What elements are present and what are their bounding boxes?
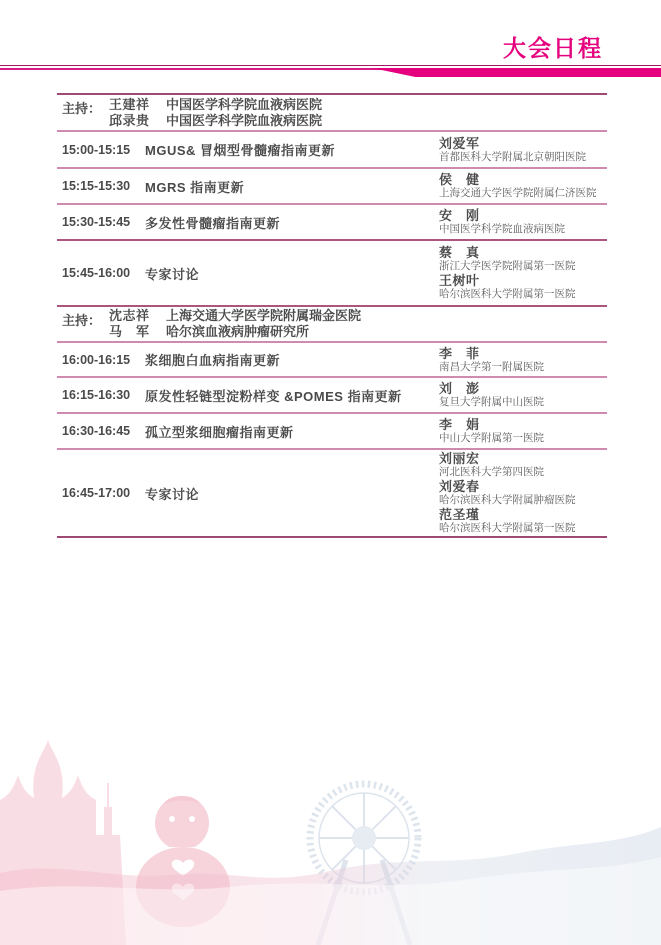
speaker-affiliation: 南昌大学第一附属医院 <box>439 361 607 374</box>
session-row: 15:30-15:45 多发性骨髓瘤指南更新 安 刚 中国医学科学院血液病医院 <box>57 205 607 241</box>
speaker: 刘 澎 复旦大学附属中山医院 <box>439 381 607 409</box>
speaker: 李 娟 中山大学附属第一医院 <box>439 417 607 445</box>
chair-affiliation: 哈尔滨血液病肿瘤研究所 <box>166 324 309 340</box>
snowman-icon <box>136 796 230 927</box>
chair-name: 马 军 <box>109 324 166 340</box>
speaker: 王树叶 哈尔滨医科大学附属第一医院 <box>439 273 607 301</box>
speaker-list: 刘丽宏 河北医科大学第四医院 刘爱春 哈尔滨医科大学附属肿瘤医院 范圣瑾 哈尔滨… <box>439 448 607 538</box>
speaker-affiliation: 上海交通大学医学院附属仁济医院 <box>439 187 607 200</box>
speaker-name: 侯 健 <box>439 172 607 187</box>
speaker-name: 范圣瑾 <box>439 507 607 522</box>
session-row: 15:45-16:00 专家讨论 蔡 真 浙江大学医学院附属第一医院 王树叶 哈… <box>57 241 607 307</box>
speaker-affiliation: 哈尔滨医科大学附属第一医院 <box>439 288 607 301</box>
speaker-affiliation: 中山大学附属第一医院 <box>439 432 607 445</box>
snow-slope-icon <box>0 827 661 945</box>
header-accent-bar <box>372 68 661 77</box>
chair-name: 邱录贵 <box>109 113 166 129</box>
agenda-page: 大会日程 主持： 王建祥 中国医学科学院血液病医院 邱录贵 中国医学科学院血液病… <box>0 0 661 945</box>
chair-entry: 马 军 哈尔滨血液病肿瘤研究所 <box>109 324 361 340</box>
speaker-name: 刘 澎 <box>439 381 607 396</box>
session-title: 专家讨论 <box>145 484 439 503</box>
session-time: 16:00-16:15 <box>57 353 145 367</box>
session-row: 15:15-15:30 MGRS 指南更新 侯 健 上海交通大学医学院附属仁济医… <box>57 169 607 205</box>
chair-name: 王建祥 <box>109 97 166 113</box>
speaker: 李 菲 南昌大学第一附属医院 <box>439 346 607 374</box>
chair-entry: 王建祥 中国医学科学院血液病医院 <box>109 97 322 113</box>
session-time: 15:15-15:30 <box>57 179 145 193</box>
speaker-name: 安 刚 <box>439 208 607 223</box>
chair-list: 沈志祥 上海交通大学医学院附属瑞金医院 马 军 哈尔滨血液病肿瘤研究所 <box>109 308 361 340</box>
speaker-name: 刘丽宏 <box>439 451 607 466</box>
speaker-name: 李 娟 <box>439 417 607 432</box>
speaker: 侯 健 上海交通大学医学院附属仁济医院 <box>439 172 607 200</box>
speaker-affiliation: 首都医科大学附属北京朝阳医院 <box>439 151 607 164</box>
chair-name: 沈志祥 <box>109 308 166 324</box>
speaker-list: 刘 澎 复旦大学附属中山医院 <box>439 378 607 412</box>
chair-list: 王建祥 中国医学科学院血液病医院 邱录贵 中国医学科学院血液病医院 <box>109 97 322 129</box>
session-row: 16:30-16:45 孤立型浆细胞瘤指南更新 李 娟 中山大学附属第一医院 <box>57 414 607 450</box>
speaker: 刘爱军 首都医科大学附属北京朝阳医院 <box>439 136 607 164</box>
footer-decoration <box>0 695 661 945</box>
session-time: 16:15-16:30 <box>57 388 145 402</box>
session-title: 浆细胞白血病指南更新 <box>145 350 439 369</box>
schedule-table: 主持： 王建祥 中国医学科学院血液病医院 邱录贵 中国医学科学院血液病医院 15… <box>57 93 607 538</box>
chair-affiliation: 上海交通大学医学院附属瑞金医院 <box>166 308 361 324</box>
chair-label: 主持： <box>57 95 109 117</box>
speaker-name: 刘爱军 <box>439 136 607 151</box>
speaker: 蔡 真 浙江大学医学院附属第一医院 <box>439 245 607 273</box>
chair-row: 主持： 沈志祥 上海交通大学医学院附属瑞金医院 马 军 哈尔滨血液病肿瘤研究所 <box>57 307 607 343</box>
session-time: 16:30-16:45 <box>57 424 145 438</box>
chair-affiliation: 中国医学科学院血液病医院 <box>166 113 322 129</box>
speaker-list: 安 刚 中国医学科学院血液病医院 <box>439 205 607 239</box>
speaker-list: 李 娟 中山大学附属第一医院 <box>439 414 607 448</box>
session-title: 孤立型浆细胞瘤指南更新 <box>145 422 439 441</box>
session-time: 15:00-15:15 <box>57 143 145 157</box>
session-row: 16:00-16:15 浆细胞白血病指南更新 李 菲 南昌大学第一附属医院 <box>57 343 607 378</box>
speaker-list: 刘爱军 首都医科大学附属北京朝阳医院 <box>439 133 607 167</box>
speaker-affiliation: 浙江大学医学院附属第一医院 <box>439 260 607 273</box>
speaker-name: 李 菲 <box>439 346 607 361</box>
session-time: 16:45-17:00 <box>57 486 145 500</box>
session-title: 专家讨论 <box>145 264 439 283</box>
session-row: 16:45-17:00 专家讨论 刘丽宏 河北医科大学第四医院 刘爱春 哈尔滨医… <box>57 450 607 538</box>
session-time: 15:45-16:00 <box>57 266 145 280</box>
speaker-list: 李 菲 南昌大学第一附属医院 <box>439 343 607 377</box>
speaker-name: 蔡 真 <box>439 245 607 260</box>
session-title: MGUS& 冒烟型骨髓瘤指南更新 <box>145 140 439 159</box>
speaker-list: 侯 健 上海交通大学医学院附属仁济医院 <box>439 169 607 203</box>
speaker-name: 王树叶 <box>439 273 607 288</box>
speaker: 安 刚 中国医学科学院血液病医院 <box>439 208 607 236</box>
church-silhouette-icon <box>0 740 126 945</box>
speaker-affiliation: 河北医科大学第四医院 <box>439 466 607 479</box>
session-time: 15:30-15:45 <box>57 215 145 229</box>
ferris-wheel-icon <box>310 784 418 945</box>
speaker: 刘爱春 哈尔滨医科大学附属肿瘤医院 <box>439 479 607 507</box>
chair-affiliation: 中国医学科学院血液病医院 <box>166 97 322 113</box>
chair-entry: 邱录贵 中国医学科学院血液病医院 <box>109 113 322 129</box>
speaker-affiliation: 中国医学科学院血液病医院 <box>439 223 607 236</box>
session-row: 16:15-16:30 原发性轻链型淀粉样变 &POMES 指南更新 刘 澎 复… <box>57 378 607 414</box>
speaker: 范圣瑾 哈尔滨医科大学附属第一医院 <box>439 507 607 535</box>
session-row: 15:00-15:15 MGUS& 冒烟型骨髓瘤指南更新 刘爱军 首都医科大学附… <box>57 132 607 169</box>
speaker-name: 刘爱春 <box>439 479 607 494</box>
chair-entry: 沈志祥 上海交通大学医学院附属瑞金医院 <box>109 308 361 324</box>
chair-row: 主持： 王建祥 中国医学科学院血液病医院 邱录贵 中国医学科学院血液病医院 <box>57 95 607 132</box>
speaker: 刘丽宏 河北医科大学第四医院 <box>439 451 607 479</box>
speaker-affiliation: 哈尔滨医科大学附属第一医院 <box>439 522 607 535</box>
page-title: 大会日程 <box>503 30 603 63</box>
speaker-affiliation: 哈尔滨医科大学附属肿瘤医院 <box>439 494 607 507</box>
speaker-list: 蔡 真 浙江大学医学院附属第一医院 王树叶 哈尔滨医科大学附属第一医院 <box>439 242 607 304</box>
session-title: MGRS 指南更新 <box>145 177 439 196</box>
session-title: 原发性轻链型淀粉样变 &POMES 指南更新 <box>145 386 439 405</box>
chair-label: 主持： <box>57 307 109 329</box>
speaker-affiliation: 复旦大学附属中山医院 <box>439 396 607 409</box>
session-title: 多发性骨髓瘤指南更新 <box>145 213 439 232</box>
